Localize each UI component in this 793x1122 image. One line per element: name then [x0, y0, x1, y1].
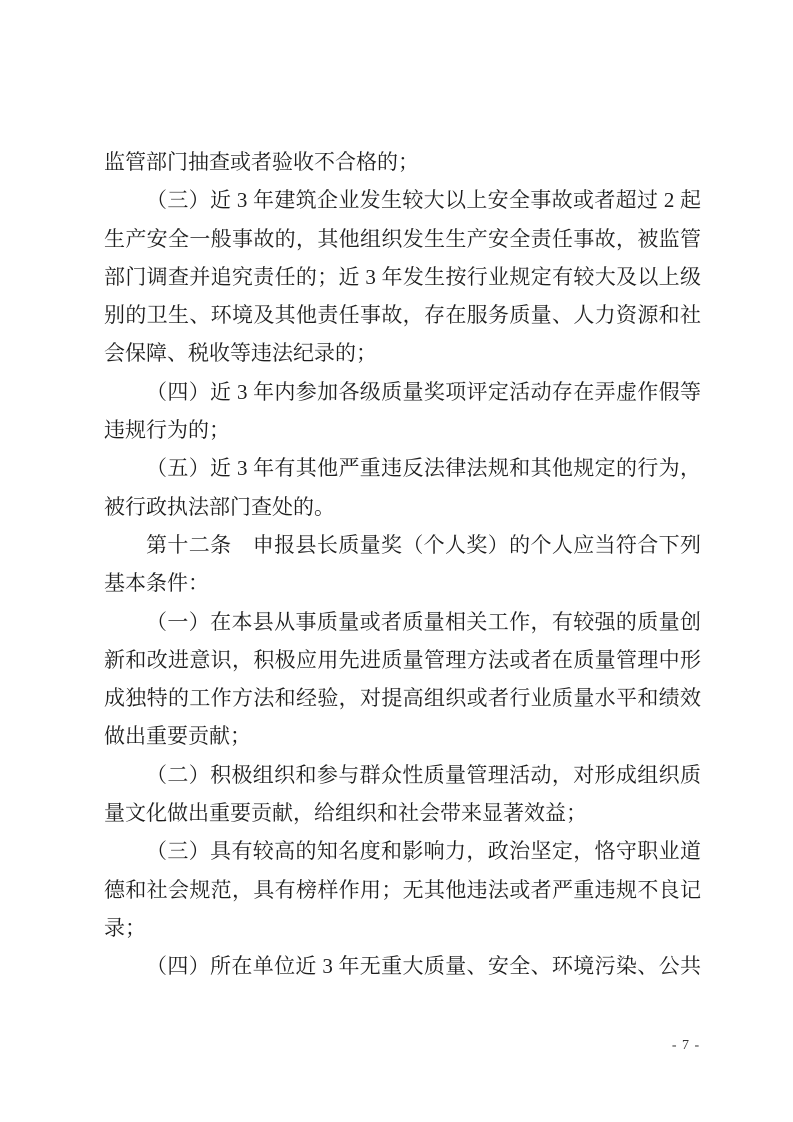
text-line: 做出重要贡献；: [104, 717, 701, 755]
text-line: 录；: [104, 909, 701, 947]
document-body: 监管部门抽查或者验收不合格的；（三）近 3 年建筑企业发生较大以上安全事故或者超…: [104, 143, 701, 986]
text-line: 监管部门抽查或者验收不合格的；: [104, 143, 701, 181]
text-line: 违规行为的；: [104, 411, 701, 449]
text-line: （二）积极组织和参与群众性质量管理活动，对形成组织质: [104, 756, 701, 794]
text-line: 会保障、税收等违法纪录的；: [104, 334, 701, 372]
text-line: 基本条件：: [104, 564, 701, 602]
text-line: 部门调查并追究责任的；近 3 年发生按行业规定有较大及以上级: [104, 258, 701, 296]
text-line: （五）近 3 年有其他严重违反法律法规和其他规定的行为，: [104, 449, 701, 487]
document-page: 监管部门抽查或者验收不合格的；（三）近 3 年建筑企业发生较大以上安全事故或者超…: [0, 0, 793, 1122]
text-line: 成独特的工作方法和经验，对提高组织或者行业质量水平和绩效: [104, 679, 701, 717]
page-number: - 7 -: [655, 1038, 717, 1054]
text-line: （四）所在单位近 3 年无重大质量、安全、环境污染、公共: [104, 947, 701, 985]
text-line: 德和社会规范，具有榜样作用；无其他违法或者严重违规不良记: [104, 871, 701, 909]
text-line: （一）在本县从事质量或者质量相关工作，有较强的质量创: [104, 603, 701, 641]
text-line: （四）近 3 年内参加各级质量奖项评定活动存在弄虚作假等: [104, 373, 701, 411]
text-line: 量文化做出重要贡献，给组织和社会带来显著效益；: [104, 794, 701, 832]
text-line: 第十二条 申报县长质量奖（个人奖）的个人应当符合下列: [104, 526, 701, 564]
text-line: 被行政执法部门查处的。: [104, 488, 701, 526]
text-line: （三）近 3 年建筑企业发生较大以上安全事故或者超过 2 起: [104, 181, 701, 219]
text-line: 新和改进意识，积极应用先进质量管理方法或者在质量管理中形: [104, 641, 701, 679]
text-line: 别的卫生、环境及其他责任事故，存在服务质量、人力资源和社: [104, 296, 701, 334]
text-line: （三）具有较高的知名度和影响力，政治坚定，恪守职业道: [104, 832, 701, 870]
text-line: 生产安全一般事故的，其他组织发生生产安全责任事故，被监管: [104, 220, 701, 258]
